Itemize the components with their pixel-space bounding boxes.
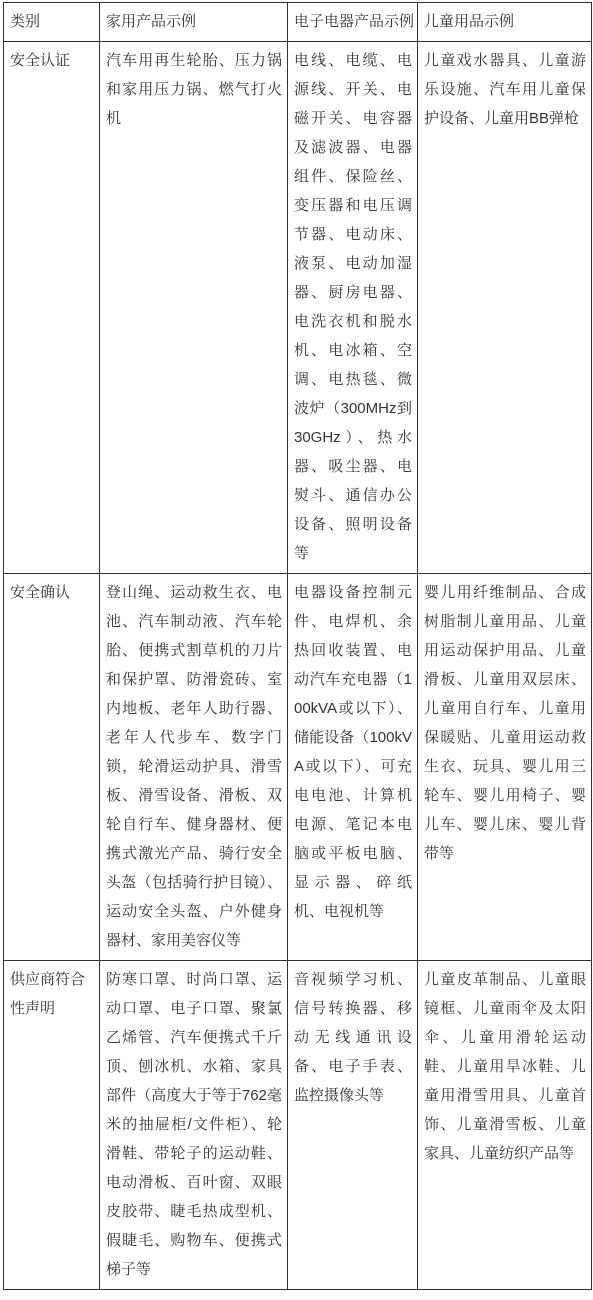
- cell-household-examples: 汽车用再生轮胎、压力锅和家用压力锅、燃气打火机: [100, 42, 288, 574]
- cell-electronics-examples: 电器设备控制元件、电焊机、余热回收装置、电动汽车充电器（100kVA或以下）、储…: [288, 574, 418, 961]
- product-examples-table: 类别 家用产品示例 电子电器产品示例 儿童用品示例 安全认证 汽车用再生轮胎、压…: [3, 2, 592, 1290]
- cell-children-examples: 儿童皮革制品、儿童眼镜框、儿童雨伞及太阳伞、儿童用滑轮运动鞋、儿童用旱冰鞋、儿童…: [418, 961, 592, 1290]
- table-row-supplier-declaration: 供应商符合性声明 防寒口罩、时尚口罩、运动口罩、电子口罩、聚氯乙烯管、汽车便携式…: [4, 961, 592, 1290]
- cell-category: 供应商符合性声明: [4, 961, 100, 1290]
- header-row: 类别 家用产品示例 电子电器产品示例 儿童用品示例: [4, 3, 592, 42]
- header-cell-household: 家用产品示例: [100, 3, 288, 42]
- cell-household-examples: 登山绳、运动救生衣、电池、汽车制动液、汽车轮胎、便携式割草机的刀片和保护罩、防滑…: [100, 574, 288, 961]
- cell-children-examples: 儿童戏水器具、儿童游乐设施、汽车用儿童保护设备、儿童用BB弹枪: [418, 42, 592, 574]
- table-row-safety-confirmation: 安全确认 登山绳、运动救生衣、电池、汽车制动液、汽车轮胎、便携式割草机的刀片和保…: [4, 574, 592, 961]
- cell-category: 安全认证: [4, 42, 100, 574]
- cell-electronics-examples: 音视频学习机、信号转换器、移动无线通讯设备、电子手表、监控摄像头等: [288, 961, 418, 1290]
- cell-children-examples: 婴儿用纤维制品、合成树脂制儿童用品、儿童用运动保护用品、儿童滑板、儿童用双层床、…: [418, 574, 592, 961]
- header-cell-children: 儿童用品示例: [418, 3, 592, 42]
- header-cell-electronics: 电子电器产品示例: [288, 3, 418, 42]
- page: 类别 家用产品示例 电子电器产品示例 儿童用品示例 安全认证 汽车用再生轮胎、压…: [0, 0, 593, 1300]
- header-cell-category: 类别: [4, 3, 100, 42]
- cell-category: 安全确认: [4, 574, 100, 961]
- cell-household-examples: 防寒口罩、时尚口罩、运动口罩、电子口罩、聚氯乙烯管、汽车便携式千斤顶、刨冰机、水…: [100, 961, 288, 1290]
- table-row-safety-certification: 安全认证 汽车用再生轮胎、压力锅和家用压力锅、燃气打火机 电线、电缆、电源线、开…: [4, 42, 592, 574]
- cell-electronics-examples: 电线、电缆、电源线、开关、电磁开关、电容器及滤波器、电器组件、保险丝、变压器和电…: [288, 42, 418, 574]
